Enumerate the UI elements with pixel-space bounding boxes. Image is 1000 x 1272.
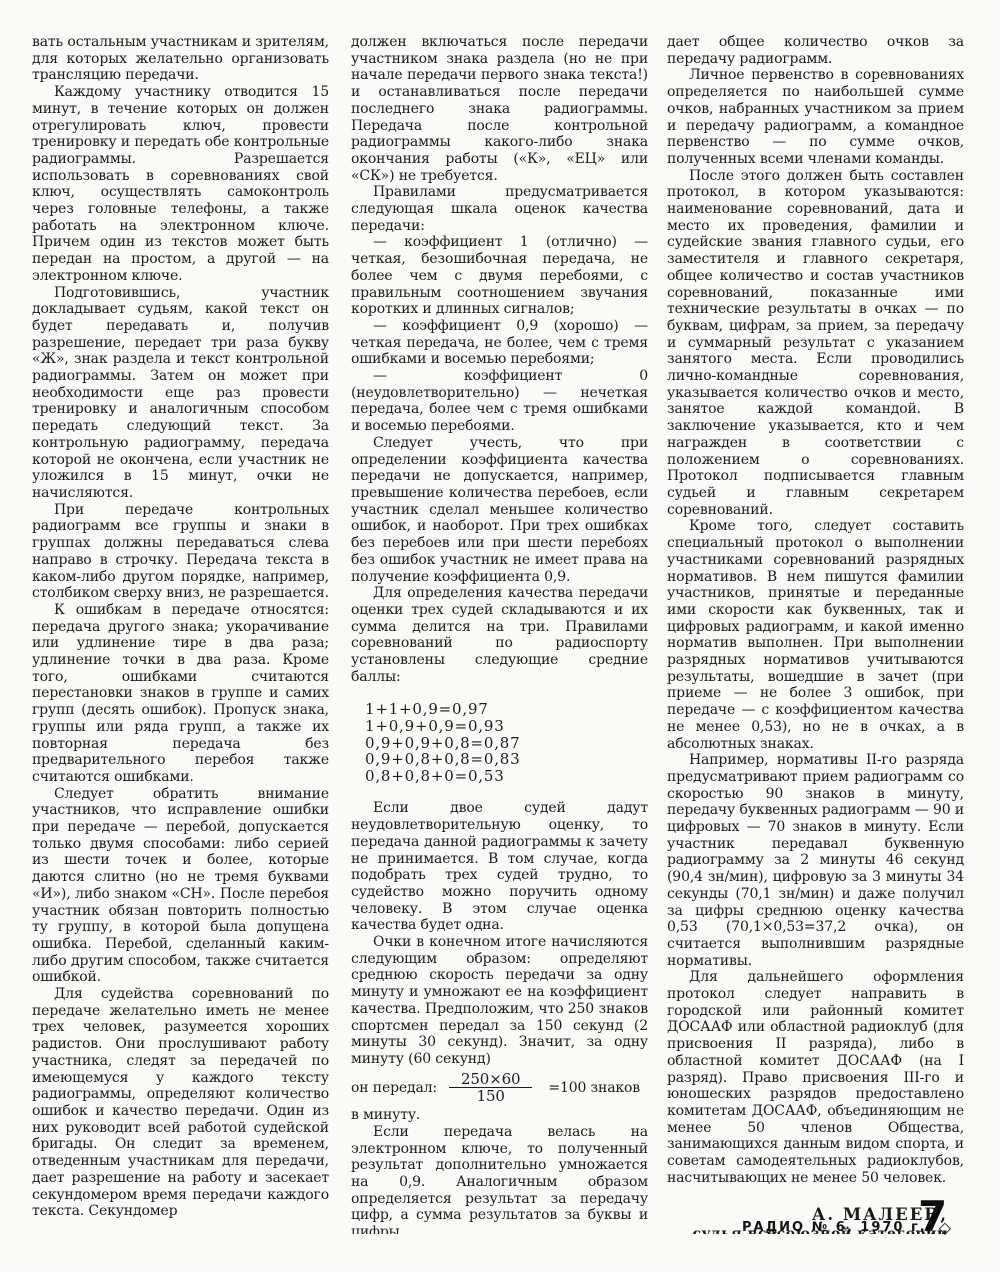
- fraction-numerator: 250×60: [449, 1071, 532, 1088]
- paragraph: Для определения качества передачи оценки…: [351, 585, 648, 685]
- average-score-equations: 1+1+0,9=0,971+0,9+0,9=0,930,9+0,9+0,8=0,…: [365, 701, 648, 784]
- paragraph: Личное первенство в соревнованиях опреде…: [667, 67, 964, 167]
- paragraph: Подготовившись, участник докладывает суд…: [32, 285, 329, 502]
- formula-result-text: =100 знаков: [548, 1080, 640, 1097]
- fraction: 250×60150: [449, 1071, 532, 1106]
- paragraph: Правилами предусматривается следующая шк…: [351, 184, 648, 234]
- paragraph: Каждому участнику отводится 15 минут, в …: [32, 84, 329, 284]
- formula-lead-text: он передал:: [351, 1080, 437, 1097]
- text-column-2: должен включаться после передачи участни…: [351, 34, 648, 1234]
- paragraph: Кроме того, следует составить специальны…: [667, 518, 964, 752]
- paragraph: Для дальнейшего оформления протокол след…: [667, 969, 964, 1186]
- equation-line: 0,8+0,8+0=0,53: [365, 768, 648, 785]
- paragraph: При передаче контрольных радиограмм все …: [32, 502, 329, 602]
- equation-line: 1+0,9+0,9=0,93: [365, 718, 648, 735]
- speed-formula: он передал:250×60150=100 знаков: [351, 1071, 648, 1106]
- equation-line: 0,9+0,8+0,8=0,83: [365, 751, 648, 768]
- page-number: 7: [918, 1192, 947, 1241]
- equation-line: 1+1+0,9=0,97: [365, 701, 648, 718]
- paragraph: После этого должен быть составлен проток…: [667, 168, 964, 519]
- paragraph: Очки в конечном итоге начисляются следую…: [351, 934, 648, 1068]
- journal-issue-label: РАДИО № 6, 1970 г.: [742, 1220, 927, 1235]
- paragraph: К ошибкам в передаче относятся: передача…: [32, 602, 329, 786]
- paragraph: Если передача велась на электронном ключ…: [351, 1124, 648, 1234]
- paragraph: Следует учесть, что при определении коэф…: [351, 435, 648, 585]
- paragraph: Например, нормативы II-го разряда предус…: [667, 752, 964, 969]
- equation-line: 0,9+0,9+0,8=0,87: [365, 735, 648, 752]
- paragraph: Следует обратить внимание участников, чт…: [32, 786, 329, 986]
- paragraph: дает общее количество очков за передачу …: [667, 34, 964, 67]
- text-column-3: дает общее количество очков за передачу …: [667, 34, 964, 1234]
- paragraph: — коэффициент 0 (неудовлетворительно) — …: [351, 368, 648, 435]
- paragraph: вать остальным участникам и зрителям, дл…: [32, 34, 329, 84]
- paragraph: — коэффициент 0,9 (хорошо) — четкая пере…: [351, 318, 648, 368]
- text-column-1: вать остальным участникам и зрителям, дл…: [32, 34, 329, 1234]
- magazine-page: вать остальным участникам и зрителям, дл…: [0, 0, 1000, 1272]
- paragraph: должен включаться после передачи участни…: [351, 34, 648, 184]
- paragraph: — коэффициент 1 (отлично) — четкая, безо…: [351, 234, 648, 318]
- fraction-denominator: 150: [449, 1087, 532, 1105]
- paragraph: Для судейства соревнований по передаче ж…: [32, 986, 329, 1220]
- paragraph: в минуту.: [351, 1107, 648, 1124]
- paragraph: Если двое судей дадут неудовлетворительн…: [351, 800, 648, 934]
